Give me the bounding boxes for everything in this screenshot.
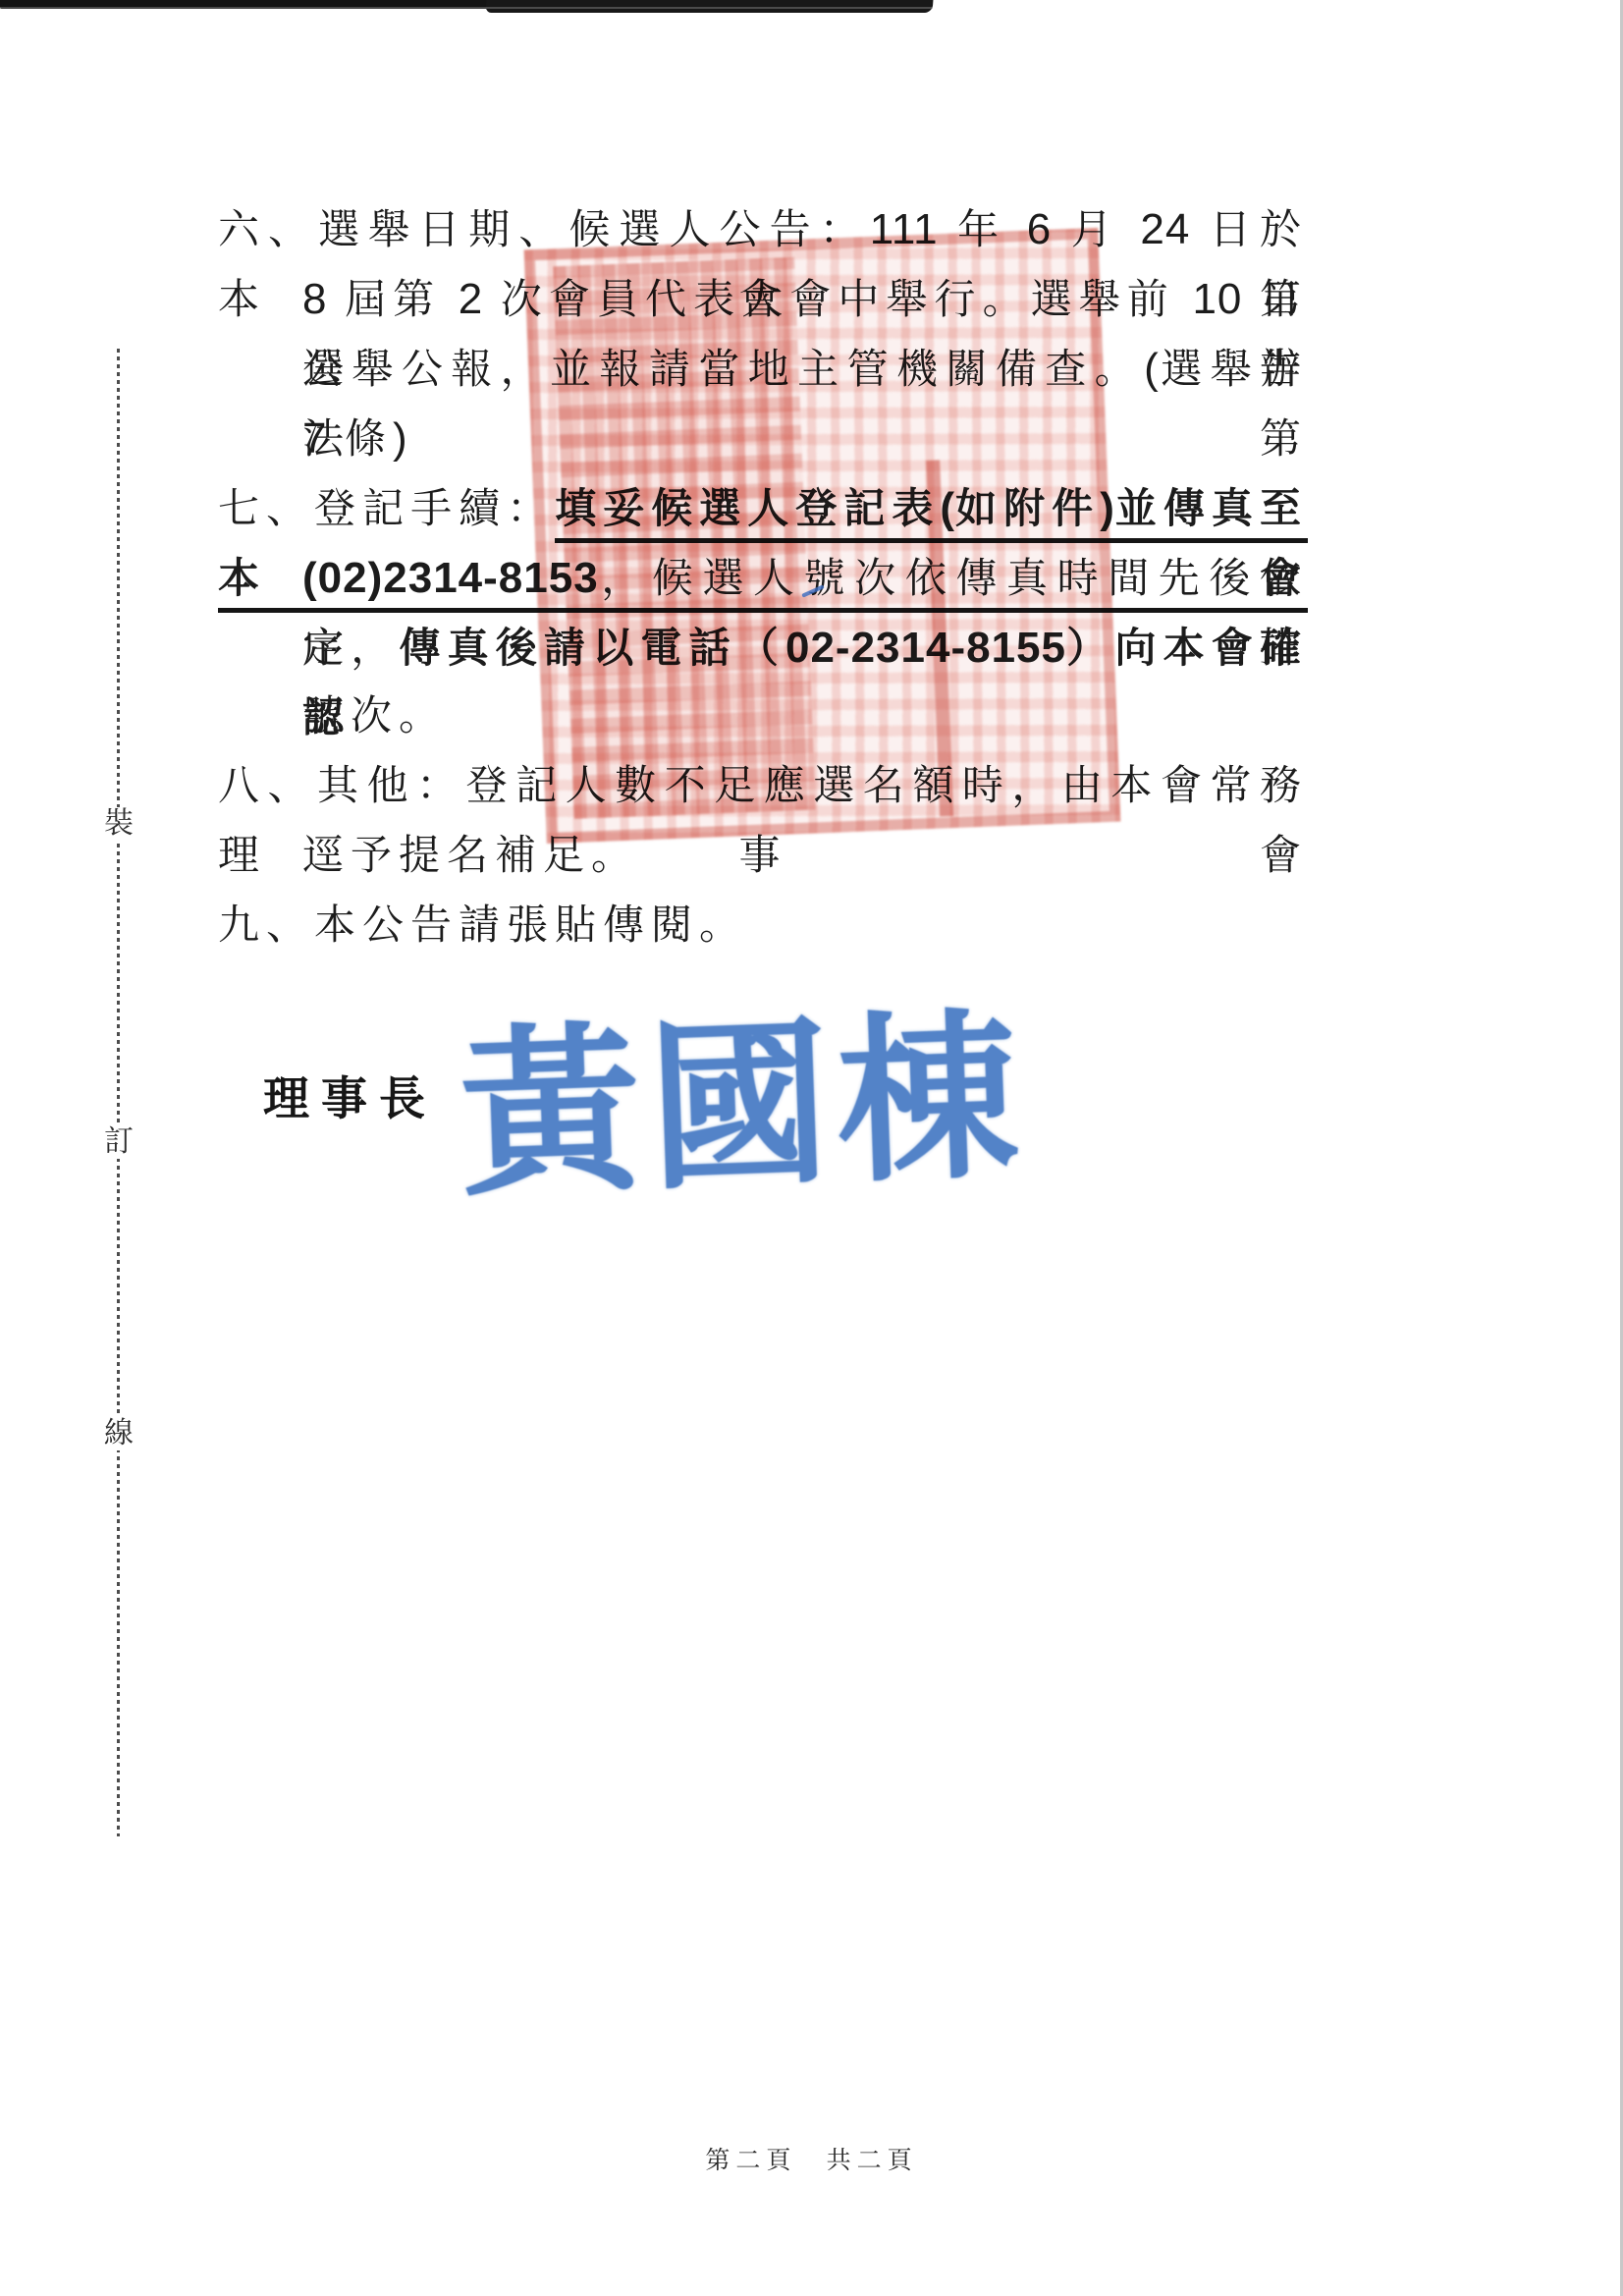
text-segment: 定， [302,627,399,672]
document-line: 八、其他：登記人數不足應選名額時，由本會常務理事會 [0,752,1623,822]
binding-mark-ding: 訂 [100,1125,137,1159]
text-segment: 七、登記手續： [218,487,555,532]
binding-mark-xian: 線 [100,1417,137,1450]
text-segment: 九、本公告請張貼傳閱。 [218,903,747,949]
page-number-footer: 第二頁 共二頁 [0,2141,1623,2176]
document-line: 七、登記手續：填妥候選人登記表(如附件)並傳真至本會 [0,473,1623,543]
document-line: 定，傳真後請以電話（02-2314-8155）向本會確認 [0,613,1623,683]
scanned-document-page: 裝 訂 線 六、選舉日期、候選人公告：111 年 6 月 24 日於本會第8 屆… [0,0,1623,2296]
document-line: 選舉公報，並報請當地主管機關備查。(選舉辦法第 [0,334,1623,404]
document-line: 九、本公告請張貼傳閱。 [0,892,1623,961]
chairman-signature-stamp: 黃國棟 [456,951,1030,1230]
text-segment: 逕予提名補足。 [302,834,639,879]
text-segment: 號次。 [302,694,447,739]
text-segment: (02)2314-8153 [302,557,599,613]
text-segment: 7 條) [302,417,408,463]
chairman-title: 理事長 [263,1063,437,1128]
scan-artifact-top [0,7,933,9]
document-line: 六、選舉日期、候選人公告：111 年 6 月 24 日於本會第 [0,194,1623,264]
document-line: 號次。 [0,683,1623,752]
text-segment: 選舉公報，並報請當地主管機關備查。(選舉辦法第 [302,348,1308,463]
document-body: 六、選舉日期、候選人公告：111 年 6 月 24 日於本會第8 屆第 2 次會… [0,194,1623,961]
